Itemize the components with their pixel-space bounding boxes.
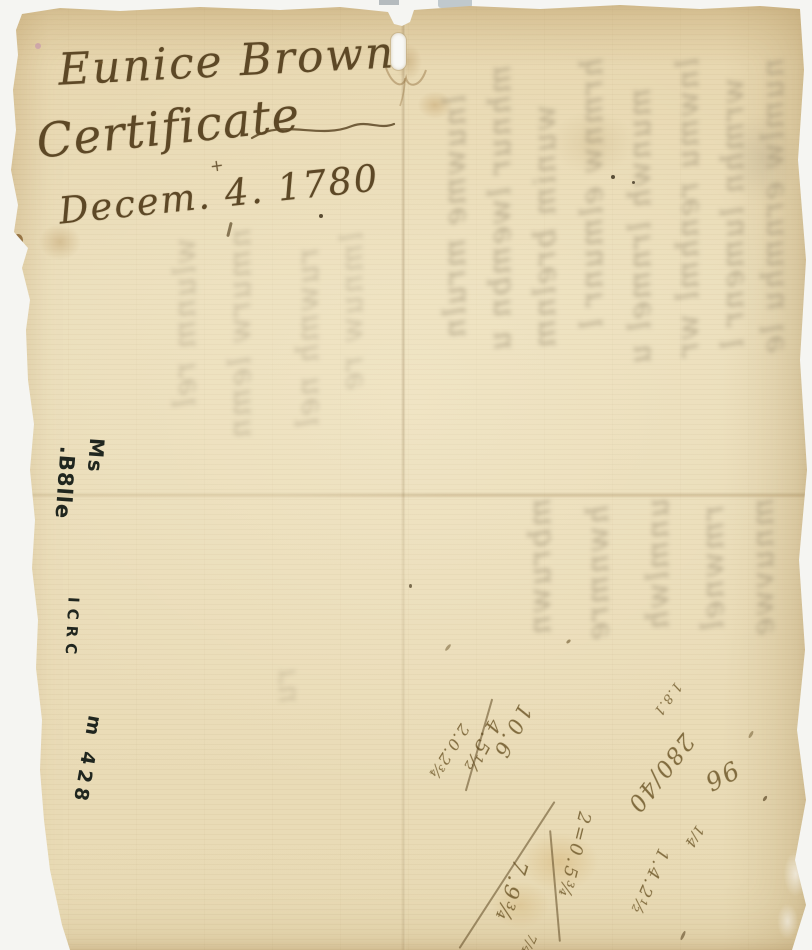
scanned-document: lnuwme mruln mhnur lwembn u wunim brelnm… <box>0 0 812 950</box>
bleedthrough-stroke: wlunm rel <box>168 238 203 518</box>
pink-fiber-speck <box>35 43 41 49</box>
foxing-spot <box>13 234 23 246</box>
archival-shelfmark: .B8lle <box>50 445 79 520</box>
ink-speck <box>99 61 103 64</box>
foxing-spot <box>20 310 27 318</box>
ink-speck <box>409 584 412 588</box>
ink-speck <box>319 214 323 218</box>
bleedthrough-stroke: hwnmre <box>581 505 616 655</box>
bleedthrough-stroke: lmnuw re <box>335 232 370 507</box>
bleedthrough-stroke: rmwnel <box>696 505 731 655</box>
horizontal-fold-crease <box>0 492 812 498</box>
bleedthrough-stroke: ru <box>268 668 303 728</box>
bleedthrough-stroke: hrmnw elmunr l <box>575 58 610 458</box>
bleedthrough-stroke: munwh lrnmel u <box>623 88 658 468</box>
archival-repository-code: ICRC <box>61 597 82 661</box>
ink-speck <box>632 181 635 184</box>
ink-speck <box>611 175 615 179</box>
archival-ms-mark: Ms <box>83 437 109 474</box>
top-edge-notch <box>393 4 410 21</box>
bleedthrough-stroke: numlw ernmhu le <box>756 58 791 458</box>
bleedthrough-stroke: wrmhn lumenr l <box>716 78 751 458</box>
bleedthrough-stroke: unmlwh <box>641 498 676 658</box>
bleedthrough-stroke: mnuvwe <box>746 498 781 656</box>
bleedthrough-stroke: lnuwme mruln <box>438 95 473 425</box>
bleedthrough-stroke: wunim brelnm <box>528 105 563 455</box>
bleedthrough-stroke: ruwmh nel <box>291 248 326 548</box>
bleedthrough-stroke: lnwmu renhml wr <box>671 58 706 458</box>
bleedthrough-stroke: mbruwn <box>523 498 558 658</box>
scanner-edge-artifact <box>379 0 399 5</box>
vertical-fold-crease <box>401 0 406 950</box>
crease-mark <box>372 62 442 110</box>
pen-flourish <box>248 112 398 146</box>
manuscript-page: lnuwme mruln mhnur lwembn u wunim brelnm… <box>0 0 812 950</box>
bleedthrough-stroke: mhnur lwembn u <box>483 65 518 445</box>
